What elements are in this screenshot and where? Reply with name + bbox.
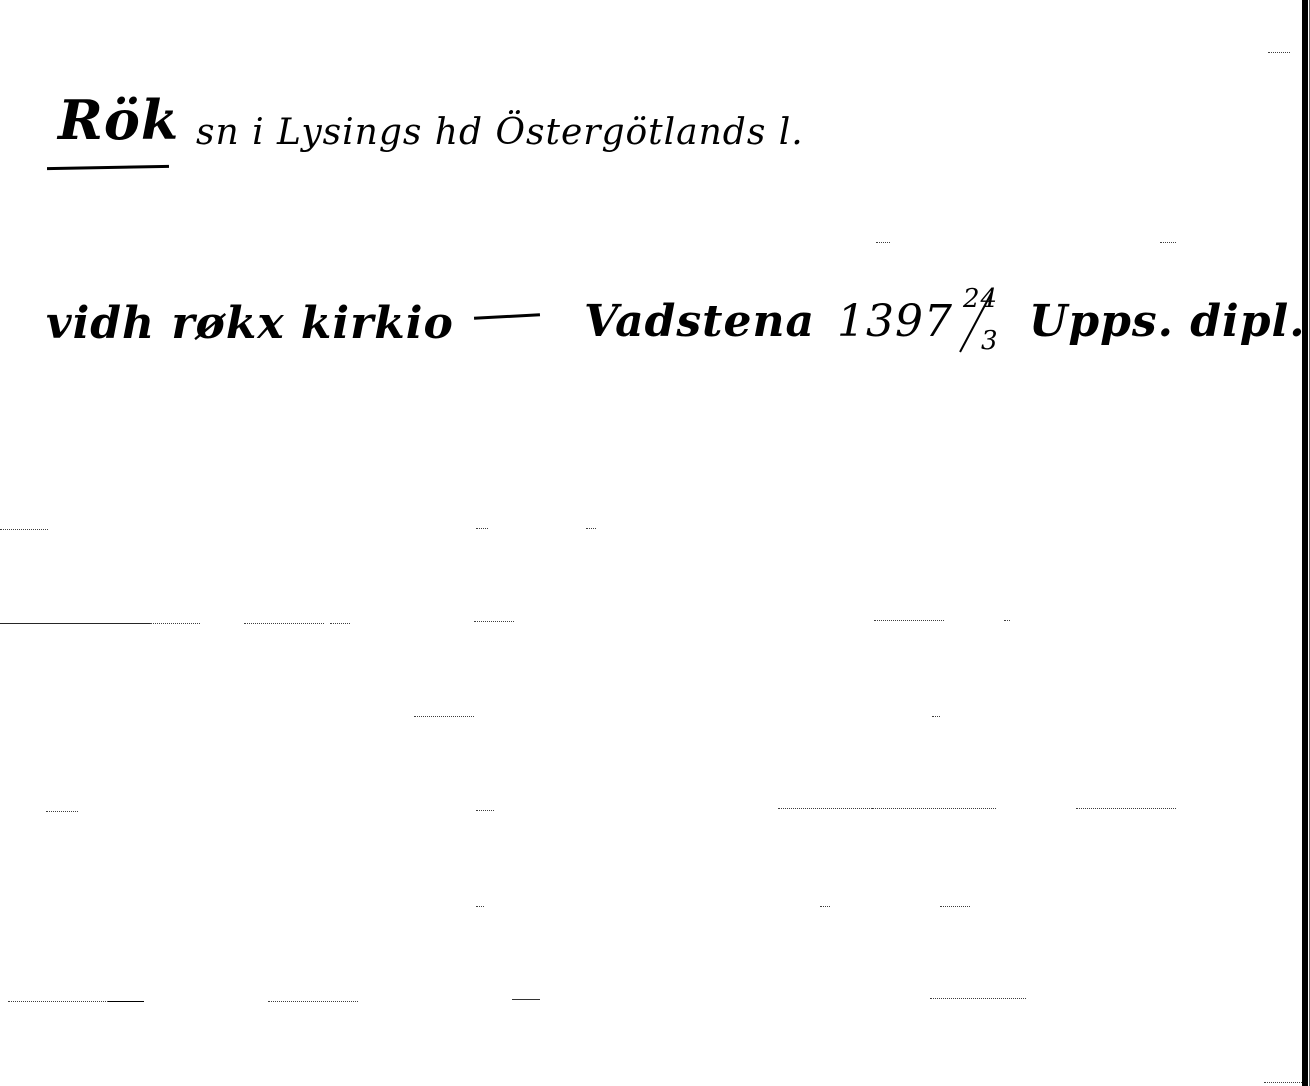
form-dash (474, 313, 540, 319)
ruled-line-fragment (876, 242, 890, 244)
ruled-line-fragment (476, 906, 484, 908)
ruled-line-fragment (1268, 52, 1290, 54)
ruled-line-fragment (414, 716, 474, 718)
ruled-line-fragment (1004, 620, 1010, 622)
ruled-line-fragment (46, 811, 78, 813)
ruled-line-fragment (1160, 242, 1176, 244)
ruled-line-fragment (512, 999, 540, 1000)
source-date: 24 3 (957, 296, 1009, 362)
source-month: 3 (981, 326, 999, 356)
ruled-line-fragment (874, 620, 944, 622)
source-reference: Upps. dipl. orig. (1029, 296, 1310, 347)
ruled-line-fragment (108, 1001, 144, 1002)
ruled-line-fragment (476, 810, 494, 812)
location-text: sn i Lysings hd Östergötlands l. (196, 112, 804, 153)
ruled-line-fragment (0, 529, 48, 531)
ruled-line-fragment (1076, 808, 1176, 810)
ruled-line-fragment (586, 528, 596, 530)
headword-underline (47, 165, 169, 170)
ruled-line-fragment (932, 716, 940, 718)
index-card: Rök sn i Lysings hd Östergötlands l. vid… (0, 0, 1310, 1086)
ruled-line-fragment (476, 528, 488, 530)
ruled-line-fragment (940, 906, 970, 908)
attested-form: vidh røkx kirkio (46, 298, 454, 349)
ruled-line-fragment (872, 808, 996, 810)
source-place: Vadstena (584, 296, 815, 347)
source-citation: Vadstena 1397 24 3 Upps. dipl. orig. (584, 296, 1310, 362)
ruled-line-fragment (244, 623, 324, 625)
source-year: 1397 (837, 296, 953, 347)
ruled-line-fragment (0, 623, 150, 624)
ruled-line-fragment (930, 998, 1026, 1000)
ruled-line-fragment (330, 623, 350, 625)
ruled-line-fragment (150, 623, 200, 625)
ruled-line-fragment (778, 808, 872, 810)
ruled-line-fragment (268, 1001, 358, 1003)
ruled-line-fragment (474, 621, 514, 623)
ruled-line-fragment (820, 906, 830, 908)
scan-edge-border (1302, 0, 1308, 1086)
ruled-line-fragment (1264, 1082, 1304, 1084)
ruled-line-fragment (8, 1001, 108, 1003)
headword: Rök (58, 88, 179, 152)
